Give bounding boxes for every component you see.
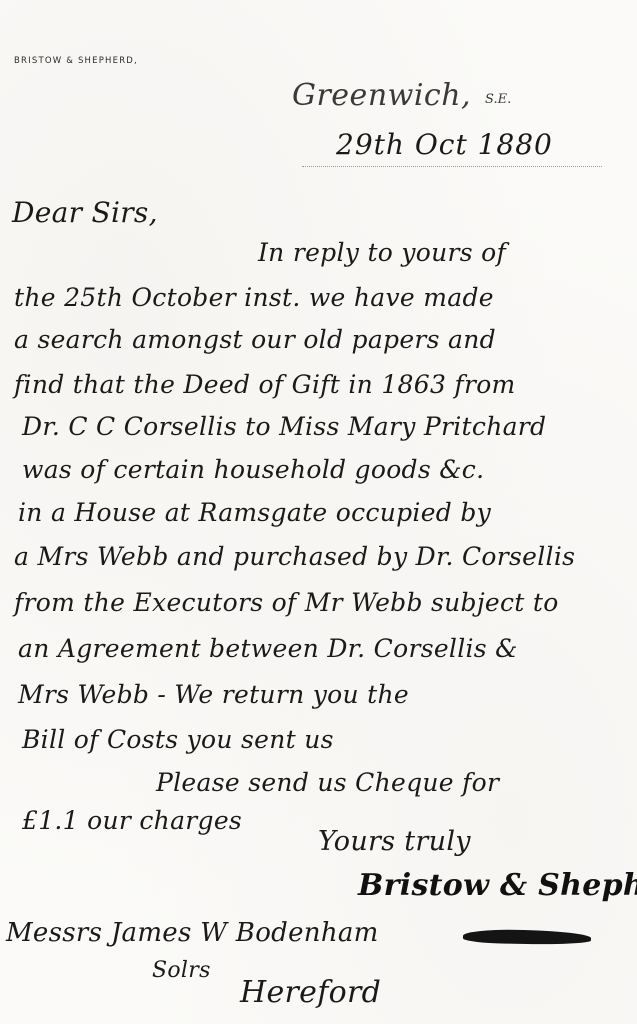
signature: Bristow & Shepherd: [358, 868, 637, 903]
addressee-name: Messrs James W Bodenham: [6, 918, 379, 948]
addressee-town: Hereford: [240, 975, 381, 1010]
body-line-10: an Agreement between Dr. Corsellis &: [18, 634, 518, 663]
letter-date: 29th Oct 1880: [336, 128, 553, 161]
letterhead-firm: BRISTOW & SHEPHERD,: [14, 56, 138, 66]
salutation: Dear Sirs,: [12, 196, 158, 229]
body-line-9: from the Executors of Mr Webb subject to: [14, 588, 559, 617]
body-line-4: find that the Deed of Gift in 1863 from: [14, 370, 516, 399]
body-line-13: Please send us Cheque for: [156, 768, 499, 797]
body-line-6: was of certain household goods &c.: [22, 455, 484, 484]
body-line-8: a Mrs Webb and purchased by Dr. Corselli…: [14, 542, 575, 571]
body-line-12: Bill of Costs you sent us: [22, 725, 334, 754]
letterhead-place: Greenwich,: [292, 78, 471, 113]
body-line-5: Dr. C C Corsellis to Miss Mary Pritchard: [22, 412, 546, 441]
signature-flourish: [463, 929, 591, 945]
body-line-11: Mrs Webb - We return you the: [18, 680, 409, 709]
closing: Yours truly: [318, 826, 471, 857]
body-line-7: in a House at Ramsgate occupied by: [18, 498, 491, 527]
body-line-3: a search amongst our old papers and: [14, 325, 496, 354]
body-line-14: £1.1 our charges: [22, 806, 242, 835]
date-dotted-rule: [302, 166, 602, 167]
body-line-2: the 25th October inst. we have made: [14, 283, 494, 312]
letter-page: BRISTOW & SHEPHERD, Greenwich, S.E. 29th…: [0, 0, 637, 1024]
addressee-line2: Solrs: [152, 958, 211, 983]
body-line-1: In reply to yours of: [258, 238, 506, 267]
letterhead-place-suffix: S.E.: [485, 92, 511, 107]
